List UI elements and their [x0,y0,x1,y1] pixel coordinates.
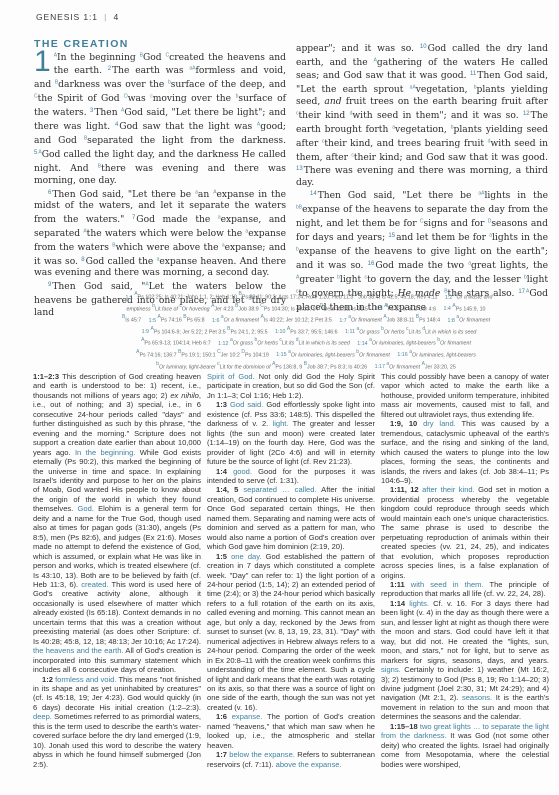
footnote-line: 1:1 APs 102:25; Is 40:21; John 1:1, 2; H… [60,290,552,302]
running-head-separator: | [104,12,107,22]
scripture-text: THE CREATION 1AIn the beginning BGod Ccr… [34,38,548,319]
cross-references-footnotes: 1:1 APs 102:25; Is 40:21; John 1:1, 2; H… [60,290,552,371]
scripture-right-paragraphs: appear"; and it was so. 10God called the… [296,42,548,315]
study-note: 1:2 formless and void. This means "not f… [33,675,201,770]
study-note: 1:14 lights. Cf. v. 16. For 3 days there… [381,599,549,722]
page-number: 4 [114,12,120,22]
scripture-column-right: appear"; and it was so. 10God called the… [296,42,548,319]
study-notes-column-2: Spirit of God. Not only did God the Holy… [207,372,375,769]
study-note: 1:11 with seed in them. The principle of… [381,580,549,599]
study-note: 1:6 expanse. The portion of God's creati… [207,712,375,750]
footnote-line: bOr luminary, light-bearer cLit for the … [60,360,552,372]
running-head-ref: 1:1 [83,12,98,22]
study-note: Spirit of God. Not only did God the Holy… [207,372,375,400]
study-notes-column-3: This could possibly have been a canopy o… [381,372,549,769]
study-note: 1:15–18 two great lights … to separate t… [381,722,549,769]
study-note: 1:3 God said. God effortlessly spoke lig… [207,400,375,466]
study-note: 1:11, 12 after their kind. God set in mo… [381,485,549,580]
study-note: 1:4 good. Good for the purposes it was i… [207,467,375,486]
scripture-paragraph: appear"; and it was so. 10God called the… [296,42,548,189]
footnote-line: APs 74:16; 136:7 BPs 19:1; 150:1 CJer 10… [60,348,552,360]
scripture-paragraph: 6Then God said, "Let there be aan Aexpan… [34,187,286,280]
study-note: 1:9, 10 dry land. This was caused by a t… [381,419,549,485]
verse-text: 6Then God said, "Let there be aan Aexpan… [34,190,286,279]
section-heading: THE CREATION [34,38,286,50]
verse-text: appear"; and it was so. 10God called the… [296,44,548,188]
footnote-line: BIs 45:7 1:5 APs 74:16 BPs 65:8 1:6 aOr … [60,313,552,325]
verse-text: AIn the beginning BGod Ccreated the heav… [34,53,286,186]
study-notes: 1:1–2:3 This description of God creating… [33,372,549,769]
study-notes-column-1: 1:1–2:3 This description of God creating… [33,372,201,769]
bible-page: GENESIS 1:1 | 4 THE CREATION 1AIn the be… [0,0,559,795]
scripture-paragraph: 1AIn the beginning BGod Ccreated the hea… [34,50,286,187]
footnote-line: emptiness bLit face of cOr hovering AJer… [60,302,552,314]
chapter-number: 1 [34,51,51,73]
scripture-column-left: THE CREATION 1AIn the beginning BGod Ccr… [34,38,286,319]
footnote-line: APs 65:9-13; 104:14; Heb 6:7 1:12 aOr gr… [60,336,552,348]
study-note: 1:5 one day. God established the pattern… [207,552,375,713]
study-note: 1:1–2:3 This description of God creating… [33,372,201,675]
running-head: GENESIS 1:1 | 4 [36,12,119,22]
scripture-left-paragraphs: 1AIn the beginning BGod Ccreated the hea… [34,50,286,319]
running-head-book: GENESIS [36,12,80,22]
study-note: 1:4, 5 separated … called. After the ini… [207,485,375,551]
study-note: 1:7 below the expanse. Refers to subterr… [207,750,375,769]
footnote-line: 1:9 APs 104:6-9; Jer 5:22; 2 Pet 3:5 BPs… [60,325,552,337]
study-note: This could possibly have been a canopy o… [381,372,549,419]
